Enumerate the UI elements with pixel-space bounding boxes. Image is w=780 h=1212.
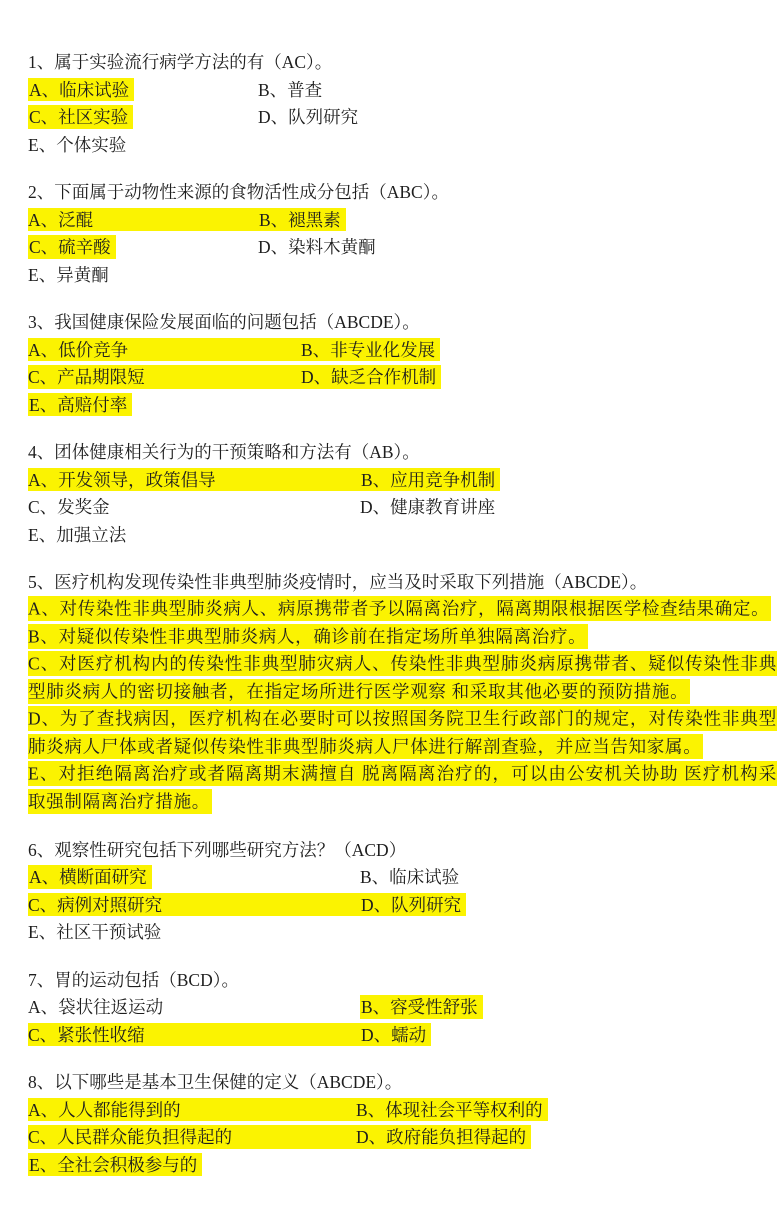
option-4-d: D、健康教育讲座 — [360, 495, 495, 519]
option-5-e: E、对拒绝隔离治疗或者隔离期末满擅自 脱离隔离治疗的，可以由公安机关协助 医疗机… — [28, 761, 777, 816]
option-7-d: D、蠕动 — [360, 1023, 431, 1047]
option-row: E、全社会积极参与的 — [28, 1151, 776, 1179]
option-row: E、异黄酮 — [28, 261, 776, 289]
option-8-e: E、全社会积极参与的 — [28, 1153, 202, 1177]
option-3-a: A、低价竞争 — [28, 338, 300, 362]
question-block-6: 6、观察性研究包括下列哪些研究方法？（ACD） A、横断面研究 B、临床试验 C… — [28, 836, 776, 946]
option-6-a: A、横断面研究 — [28, 865, 360, 889]
question-block-5: 5、医疗机构发现传染性非典型肺炎疫情时，应当及时采取下列措施（ABCDE）。 A… — [28, 568, 776, 816]
option-2-e: E、异黄酮 — [28, 263, 109, 287]
option-1-c: C、社区实验 — [28, 105, 258, 129]
option-1-e: E、个体实验 — [28, 133, 126, 157]
question-4-stem: 4、团体健康相关行为的干预策略和方法有（AB）。 — [28, 438, 776, 466]
option-row: E、社区干预试验 — [28, 918, 776, 946]
option-6-c: C、病例对照研究 — [28, 893, 360, 917]
option-row: E、高赔付率 — [28, 391, 776, 419]
question-2-stem: 2、下面属于动物性来源的食物活性成分包括（ABC）。 — [28, 178, 776, 206]
option-3-c: C、产品期限短 — [28, 365, 300, 389]
option-5-a: A、对传染性非典型肺炎病人、病原携带者予以隔离治疗，隔离期限根据医学检查结果确定… — [28, 596, 777, 624]
option-row: E、加强立法 — [28, 521, 776, 549]
option-2-c: C、硫辛酸 — [28, 235, 258, 259]
option-1-b: B、普查 — [258, 78, 322, 102]
option-3-b: B、非专业化发展 — [300, 338, 440, 362]
option-row: C、紧张性收缩 D、蠕动 — [28, 1021, 776, 1049]
option-7-a: A、袋状往返运动 — [28, 995, 360, 1019]
question-block-4: 4、团体健康相关行为的干预策略和方法有（AB）。 A、开发领导，政策倡导 B、应… — [28, 438, 776, 548]
exam-document-page: 1、属于实验流行病学方法的有（AC）。 A、临床试验 B、普查 C、社区实验 D… — [0, 0, 780, 1212]
option-2-a: A、泛醌 — [28, 208, 258, 232]
option-1-a: A、临床试验 — [28, 78, 258, 102]
question-6-stem: 6、观察性研究包括下列哪些研究方法？（ACD） — [28, 836, 776, 864]
option-row: A、袋状往返运动 B、容受性舒张 — [28, 993, 776, 1021]
option-row: A、泛醌 B、褪黑素 — [28, 206, 776, 234]
question-3-stem: 3、我国健康保险发展面临的问题包括（ABCDE）。 — [28, 308, 776, 336]
option-row: C、产品期限短 D、缺乏合作机制 — [28, 363, 776, 391]
option-1-d: D、队列研究 — [258, 105, 358, 129]
option-4-a: A、开发领导，政策倡导 — [28, 468, 360, 492]
option-row: A、低价竞争 B、非专业化发展 — [28, 336, 776, 364]
question-block-8: 8、以下哪些是基本卫生保健的定义（ABCDE）。 A、人人都能得到的 B、体现社… — [28, 1068, 776, 1178]
option-2-b: B、褪黑素 — [258, 208, 346, 232]
option-4-b: B、应用竞争机制 — [360, 468, 500, 492]
option-4-c: C、发奖金 — [28, 495, 360, 519]
option-row: C、硫辛酸 D、染料木黄酮 — [28, 233, 776, 261]
option-row: C、发奖金 D、健康教育讲座 — [28, 493, 776, 521]
option-row: A、临床试验 B、普查 — [28, 76, 776, 104]
option-row: C、人民群众能负担得起的 D、政府能负担得起的 — [28, 1123, 776, 1151]
option-3-d: D、缺乏合作机制 — [300, 365, 441, 389]
option-2-d: D、染料木黄酮 — [258, 235, 376, 259]
option-8-a: A、人人都能得到的 — [28, 1098, 355, 1122]
question-8-stem: 8、以下哪些是基本卫生保健的定义（ABCDE）。 — [28, 1068, 776, 1096]
option-7-b: B、容受性舒张 — [360, 995, 483, 1019]
option-5-b: B、对疑似传染性非典型肺炎病人，确诊前在指定场所单独隔离治疗。 — [28, 623, 777, 651]
option-6-b: B、临床试验 — [360, 865, 459, 889]
option-4-e: E、加强立法 — [28, 523, 126, 547]
option-5-c: C、对医疗机构内的传染性非典型肺灾病人、传染性非典型肺炎病原携带者、疑似传染性非… — [28, 651, 777, 706]
question-block-3: 3、我国健康保险发展面临的问题包括（ABCDE）。 A、低价竞争 B、非专业化发… — [28, 308, 776, 418]
option-3-e: E、高赔付率 — [28, 393, 132, 417]
option-row: E、个体实验 — [28, 131, 776, 159]
question-block-1: 1、属于实验流行病学方法的有（AC）。 A、临床试验 B、普查 C、社区实验 D… — [28, 48, 776, 158]
question-7-stem: 7、胃的运动包括（BCD）。 — [28, 966, 776, 994]
option-row: A、横断面研究 B、临床试验 — [28, 863, 776, 891]
option-row: C、病例对照研究 D、队列研究 — [28, 891, 776, 919]
option-6-d: D、队列研究 — [360, 893, 466, 917]
question-block-2: 2、下面属于动物性来源的食物活性成分包括（ABC）。 A、泛醌 B、褪黑素 C、… — [28, 178, 776, 288]
option-row: A、开发领导，政策倡导 B、应用竞争机制 — [28, 466, 776, 494]
option-5-d: D、为了查找病因，医疗机构在必要时可以按照国务院卫生行政部门的规定，对传染性非典… — [28, 706, 777, 761]
option-6-e: E、社区干预试验 — [28, 920, 161, 944]
option-8-d: D、政府能负担得起的 — [355, 1125, 531, 1149]
option-7-c: C、紧张性收缩 — [28, 1023, 360, 1047]
option-row: C、社区实验 D、队列研究 — [28, 103, 776, 131]
question-5-stem: 5、医疗机构发现传染性非典型肺炎疫情时，应当及时采取下列措施（ABCDE）。 — [28, 568, 776, 596]
option-8-c: C、人民群众能负担得起的 — [28, 1125, 355, 1149]
option-8-b: B、体现社会平等权利的 — [355, 1098, 548, 1122]
question-1-stem: 1、属于实验流行病学方法的有（AC）。 — [28, 48, 776, 76]
option-row: A、人人都能得到的 B、体现社会平等权利的 — [28, 1096, 776, 1124]
question-block-7: 7、胃的运动包括（BCD）。 A、袋状往返运动 B、容受性舒张 C、紧张性收缩 … — [28, 966, 776, 1049]
